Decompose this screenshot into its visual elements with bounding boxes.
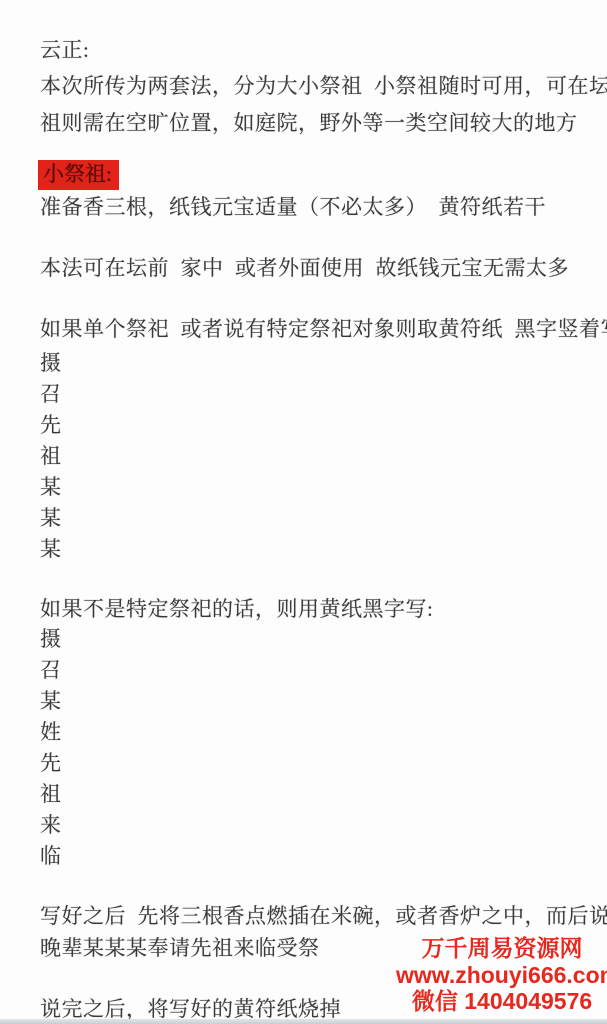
list-item: 祖 [40, 441, 61, 472]
page-bottom-edge [0, 1019, 607, 1024]
watermark-url: www.zhouyi666.com [396, 962, 607, 989]
section-heading-highlight: 小祭祖: [38, 160, 119, 190]
salutation-text: 云正: [40, 40, 89, 61]
list-item: 临 [40, 841, 61, 872]
list-item: 召 [40, 655, 61, 686]
list-item: 祖 [40, 779, 61, 810]
generic-target-instruction-line: 如果不是特定祭祀的话，则用黄纸黑字写: [40, 599, 433, 620]
list-item: 召 [40, 379, 61, 410]
list-item: 某 [40, 503, 61, 534]
intro-paragraph-line-1: 本次所传为两套法，分为大小祭祖 小祭祖随时可用，可在坛前 [40, 76, 607, 97]
list-item: 某 [40, 686, 61, 717]
list-item: 某 [40, 472, 61, 503]
vertical-char-list-generic: 摄 召 某 姓 先 祖 来 临 [40, 624, 61, 872]
list-item: 先 [40, 410, 61, 441]
usage-location-line: 本法可在坛前 家中 或者外面使用 故纸钱元宝无需太多 [40, 258, 569, 279]
watermark-wechat: 微信 1404049576 [396, 988, 607, 1015]
burn-paper-line: 说完之后，将写好的黄符纸烧掉 [40, 999, 341, 1020]
list-item: 某 [40, 534, 61, 565]
document-page: 云正: 本次所传为两套法，分为大小祭祖 小祭祖随时可用，可在坛前 祖则需在空旷位… [0, 0, 607, 1024]
list-item: 姓 [40, 717, 61, 748]
specific-target-instruction-line: 如果单个祭祀 或者说有特定祭祀对象则取黄符纸 黑字竖着写下 [40, 319, 607, 340]
list-item: 摄 [40, 348, 61, 379]
list-item: 先 [40, 748, 61, 779]
watermark-site-name: 万千周易资源网 [396, 935, 607, 962]
after-writing-line-2: 晚辈某某某奉请先祖来临受祭 [40, 938, 320, 959]
prepare-materials-line: 准备香三根，纸钱元宝适量（不必太多） 黄符纸若干 [40, 197, 546, 218]
list-item: 来 [40, 810, 61, 841]
list-item: 摄 [40, 624, 61, 655]
intro-paragraph-line-2: 祖则需在空旷位置，如庭院，野外等一类空间较大的地方 [40, 113, 578, 134]
after-writing-line-1: 写好之后 先将三根香点燃插在米碗，或者香炉之中，而后说三 [40, 906, 607, 927]
watermark: 万千周易资源网 www.zhouyi666.com 微信 1404049576 [396, 935, 607, 1015]
vertical-char-list-specific: 摄 召 先 祖 某 某 某 [40, 348, 61, 565]
